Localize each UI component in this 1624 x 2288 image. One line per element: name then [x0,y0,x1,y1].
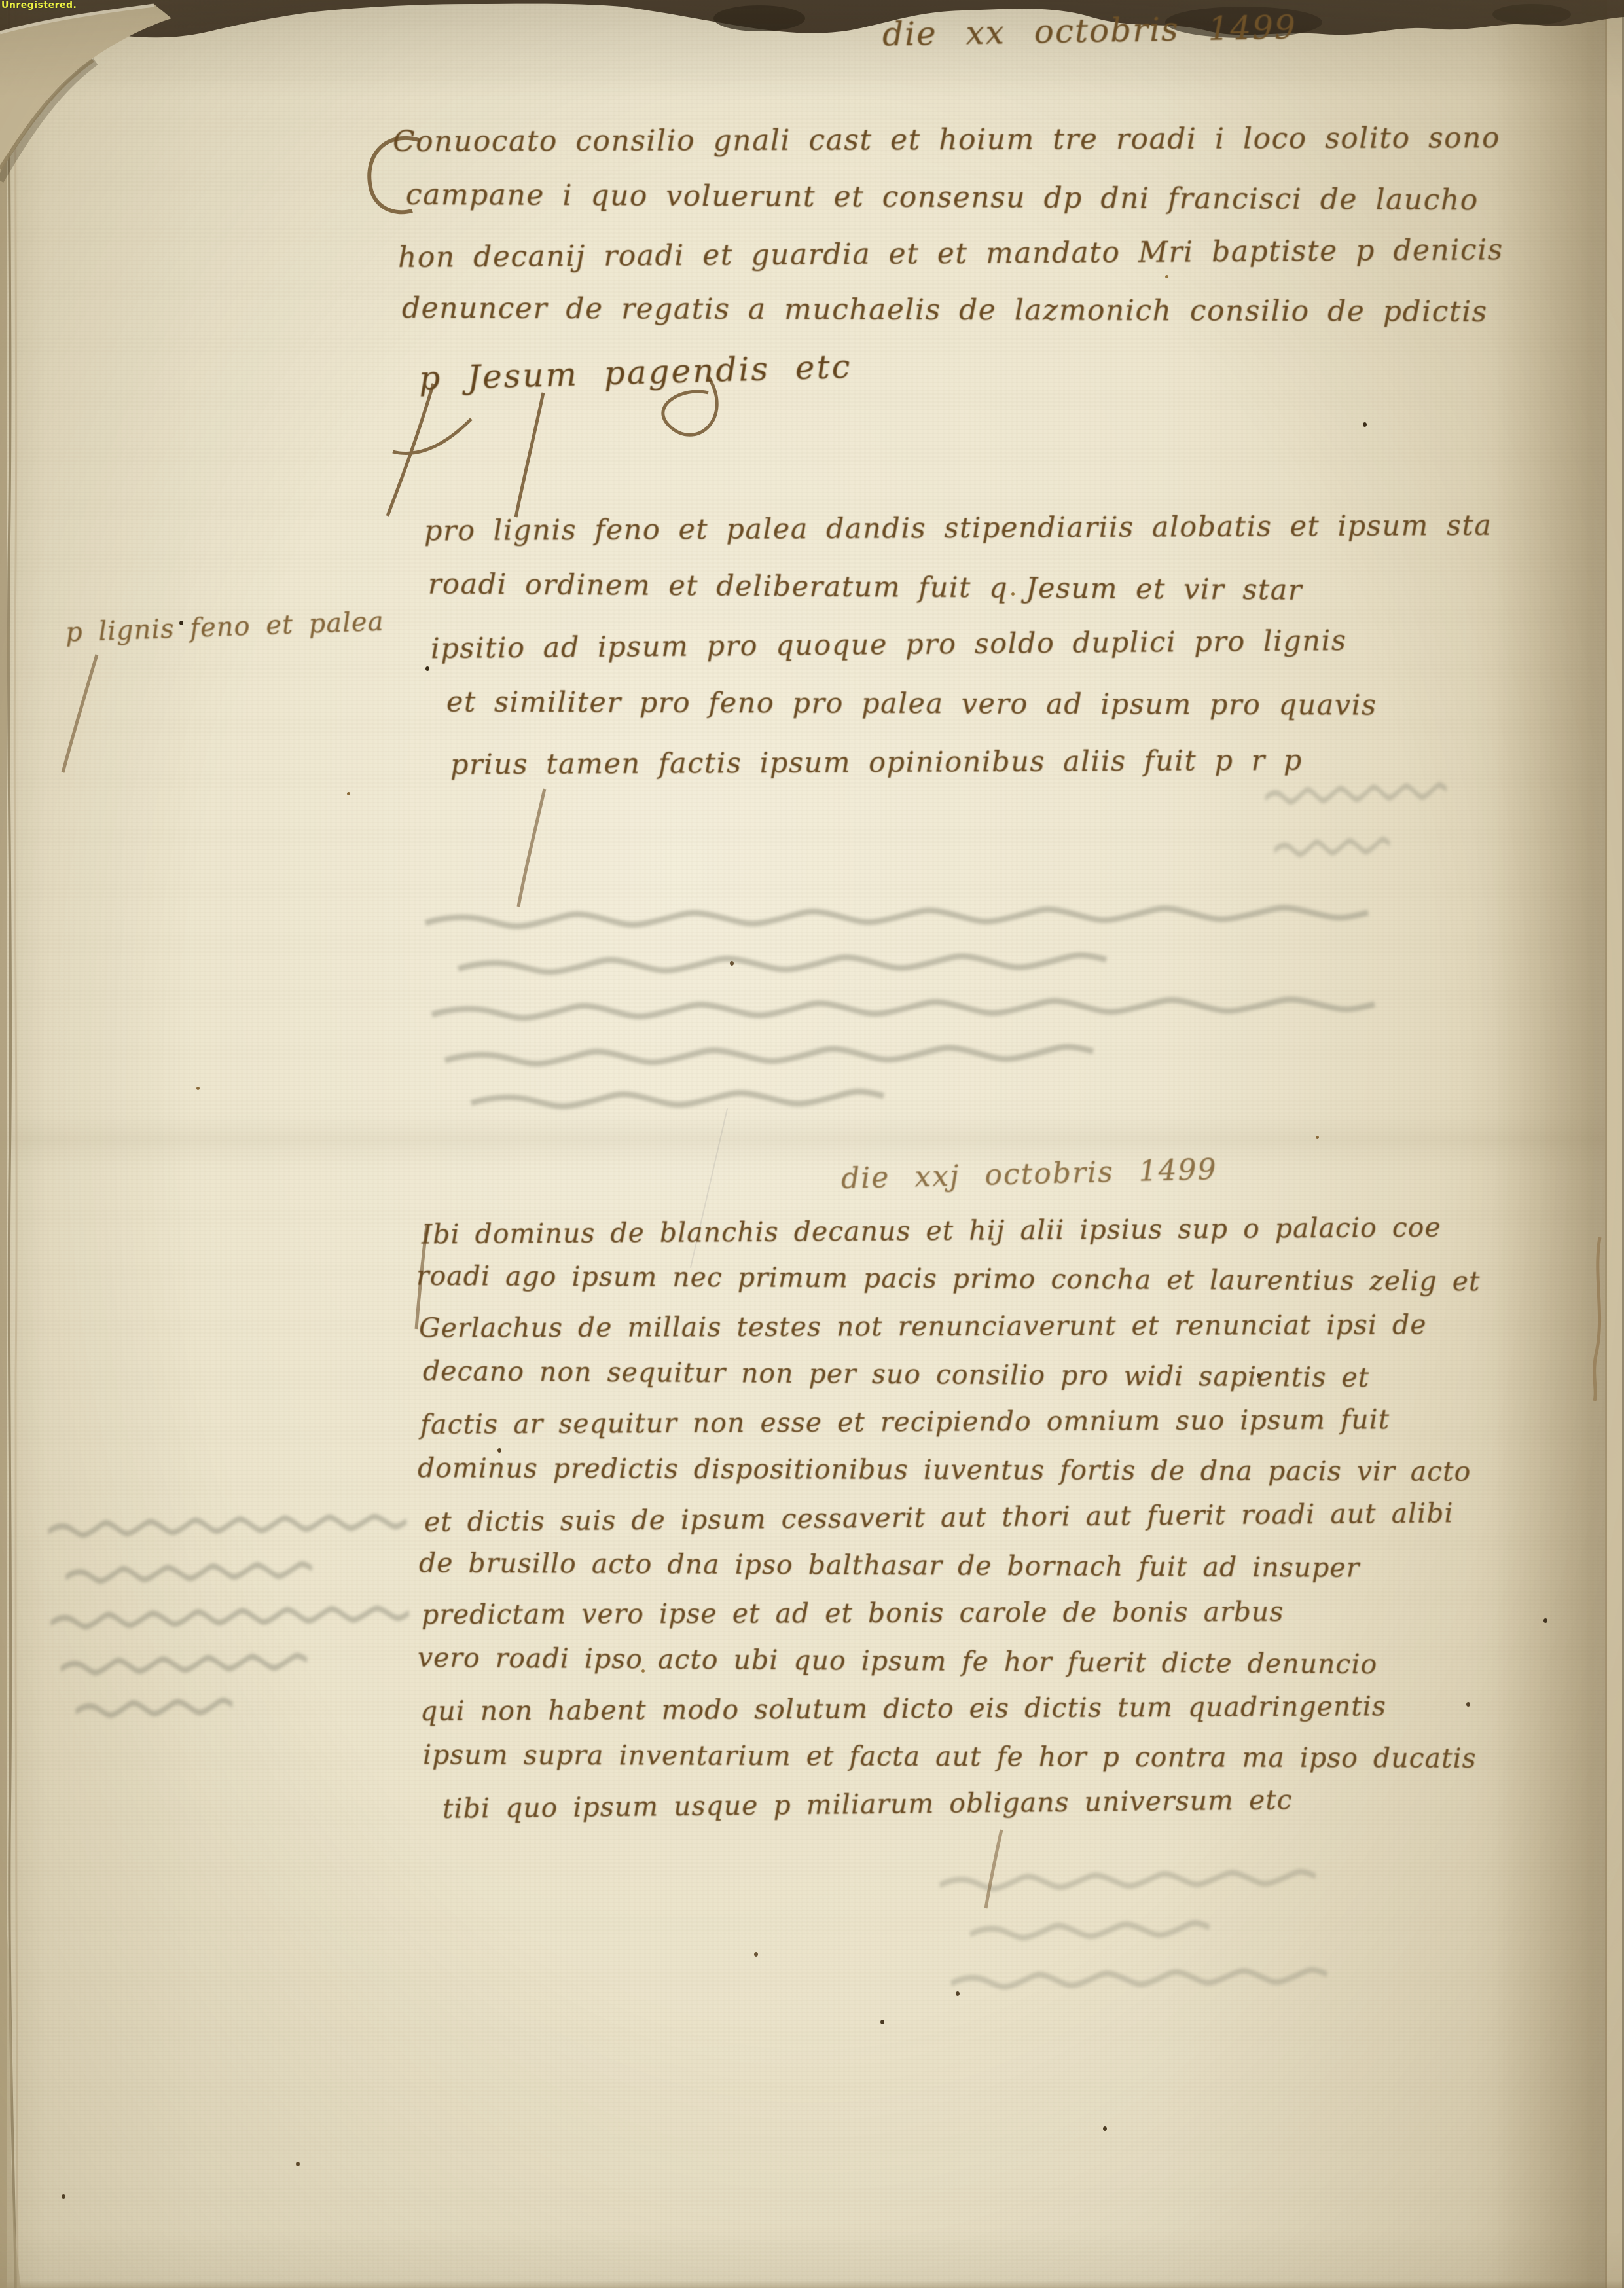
manuscript-line: campane i quo voluerunt et consensu dp d… [406,178,1479,217]
manuscript-line: Gerlachus de millais testes not renuncia… [419,1309,1427,1343]
manuscript-line: Ibi dominus de blanchis decanus et hij a… [422,1212,1441,1250]
manuscript-line: de brusillo acto dna ipso balthasar de b… [419,1547,1360,1584]
manuscript-line: predictam vero ipse et ad et bonis carol… [422,1596,1284,1631]
manuscript-line: qui non habent modo solutum dicto eis di… [420,1690,1386,1727]
manuscript-line: Conuocato consilio gnali cast et hoium t… [393,121,1500,158]
manuscript-line: roadi ordinem et deliberatum fuit q Jesu… [428,568,1303,606]
manuscript-line: et dictis suis de ipsum cessaverit aut t… [424,1497,1454,1538]
bleed-through-lines [936,1859,1538,2010]
manuscript-line: decano non sequitur non per suo consilio… [423,1355,1370,1393]
right-edge-crack [1578,1237,1623,1401]
date-heading-1: die xx octobris 1499 [882,8,1297,53]
manuscript-line: et similiter pro feno pro palea vero ad … [446,686,1377,722]
left-page-edge [0,0,31,2288]
manuscript-line: roadi ago ipsum nec primum pacis primo c… [416,1260,1481,1298]
manuscript-page: Unregistered. die xx octobris 1499 Conuo… [0,0,1624,2288]
manuscript-line: vero roadi ipso acto ubi quo ipsum fe ho… [418,1642,1378,1680]
entry-1-subscript: p Jesum pagendis etc [418,348,852,397]
fold-shading [0,1113,1624,1165]
manuscript-line: ipsum supra inventarium et facta aut fe … [423,1739,1477,1774]
bleed-through-lines [419,903,1427,1126]
manuscript-line: dominus predictis dispositionibus iuvent… [418,1452,1471,1487]
manuscript-line: hon decanij roadi et guardia et et manda… [398,233,1504,274]
manuscript-line: factis ar sequitur non esse et recipiend… [420,1404,1390,1440]
manuscript-line: tibi quo ipsum usque p miliarum obligans… [442,1784,1293,1825]
bleed-through-lines [1263,772,1551,890]
manuscript-line: ipsitio ad ipsum pro quoque pro soldo du… [431,625,1347,665]
manuscript-line: prius tamen factis ipsum opinionibus ali… [450,744,1303,782]
manuscript-line: denuncer de regatis a muchaelis de lazmo… [402,291,1488,329]
marginal-note: p lignis feno et palea [65,607,384,648]
adjacent-page-edge [1605,0,1624,2288]
bleed-through-lines [46,1506,439,1728]
scanner-watermark: Unregistered. [1,0,77,10]
bottom-page-edge [0,2280,1624,2288]
manuscript-line: pro lignis feno et palea dandis stipendi… [424,509,1492,548]
